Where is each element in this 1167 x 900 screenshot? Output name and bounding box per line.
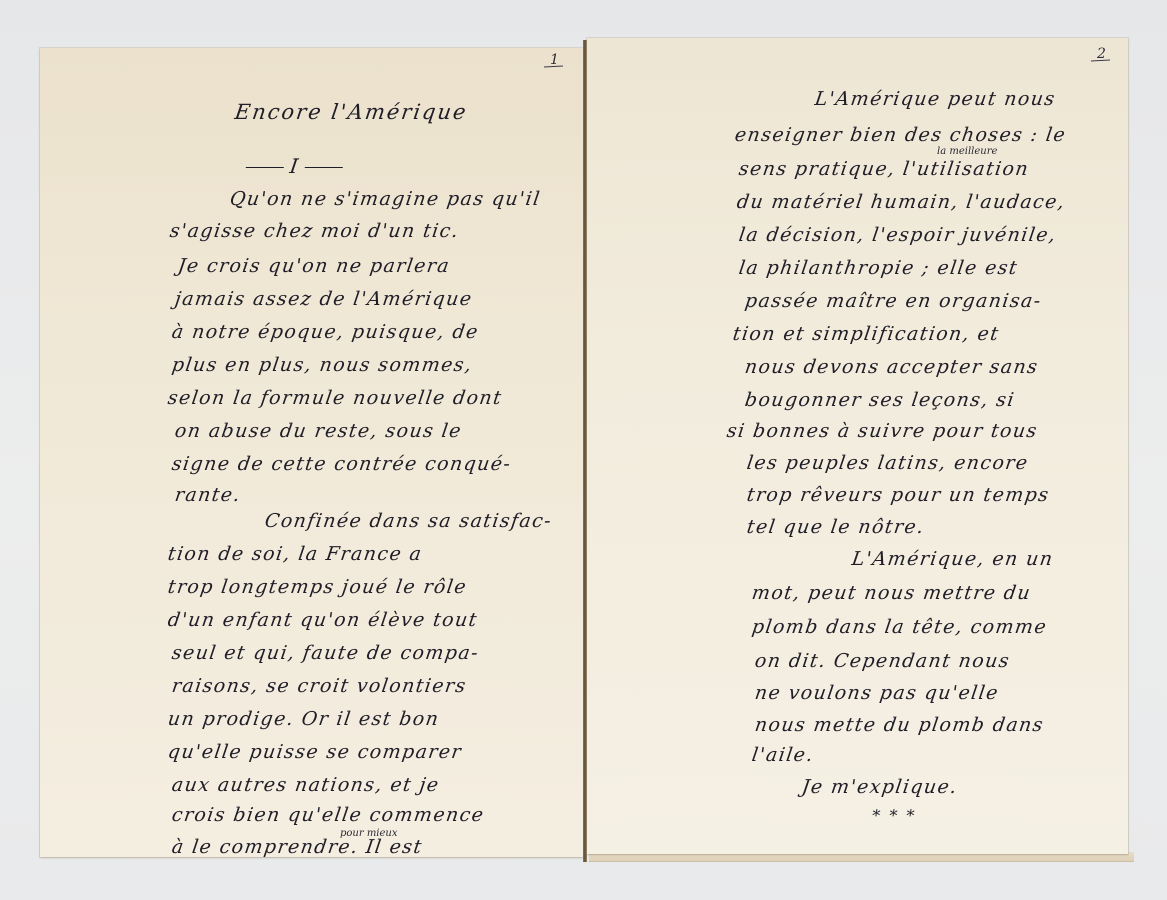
text-line: à notre époque, puisque, de (170, 321, 480, 343)
text-line: rante. (173, 484, 242, 506)
section-break-dinkus: * * * (871, 806, 918, 825)
text-line: bougonner ses leçons, si (743, 389, 1016, 411)
text-line: tel que le nôtre. (745, 516, 926, 538)
text-line: Confinée dans sa satisfac- (263, 510, 553, 532)
text-line: tion de soi, la France a (166, 543, 423, 565)
text-line: L'Amérique, en un (850, 548, 1055, 570)
text-line-underlined: on abuse du reste, sous le (173, 420, 463, 442)
page-number: 2 (1097, 46, 1106, 62)
text-line: tion et simplification, et (731, 323, 1000, 345)
text-line: sens pratique, l'utilisation (737, 158, 1030, 180)
manuscript-title: Encore l'Amérique (233, 100, 469, 124)
text-line: jamais assez de l'Amérique (173, 288, 474, 310)
text-line: signe de cette contrée conqué- (170, 453, 512, 475)
manuscript-page-1: 1 Encore l'Amérique I Qu'on ne s'imagine… (40, 48, 583, 857)
text-line: Je m'explique. (800, 776, 959, 798)
text-line: passée maître en organisa- (743, 290, 1043, 312)
manuscript-page-2: 2 L'Amérique peut nous enseigner bien de… (587, 38, 1128, 854)
text-line: nous mette du plomb dans (753, 714, 1045, 736)
text-line: trop rêveurs pour un temps (745, 484, 1051, 506)
text-line: du matériel humain, l'audace, (735, 191, 1066, 213)
text-line: d'un enfant qu'on élève tout (166, 609, 479, 631)
text-line: on dit. Cependant nous (753, 650, 1011, 672)
text-line: qu'elle puisse se comparer (166, 741, 463, 763)
text-line: trop longtemps joué le rôle (166, 576, 468, 598)
text-line: la décision, l'espoir juvénile, (737, 224, 1058, 246)
text-line: Je crois qu'on ne parlera (176, 255, 451, 277)
text-line: nous devons accepter sans (743, 356, 1039, 378)
text-line: plomb dans la tête, comme (750, 616, 1048, 638)
text-line: un prodige. Or il est bon (166, 708, 440, 730)
text-line: selon la formule nouvelle dont (166, 387, 503, 409)
text-line: la philanthropie ; elle est (737, 257, 1019, 279)
text-line: enseigner bien des choses : le (733, 124, 1067, 146)
text-line: l'aile. (750, 744, 815, 766)
text-line: L'Amérique peut nous (813, 88, 1057, 110)
text-line: Qu'on ne s'imagine pas qu'il (228, 188, 542, 210)
text-line: plus en plus, nous sommes, (170, 354, 474, 376)
text-line: aux autres nations, et je (170, 774, 441, 796)
text-line: seul et qui, faute de compa- (170, 642, 480, 664)
text-line: les peuples latins, encore (745, 452, 1030, 474)
section-numeral: I (238, 154, 351, 178)
text-line: à le comprendre. Il est (170, 836, 424, 858)
text-line: s'agisse chez moi d'un tic. (168, 220, 460, 242)
text-line: si bonnes à suivre pour tous (725, 420, 1039, 442)
interlinear-insertion: la meilleure (937, 146, 997, 157)
page-number: 1 (550, 52, 559, 68)
text-line: on abuse du reste, sous le (173, 420, 463, 442)
text-line: crois bien qu'elle commence (170, 804, 485, 826)
text-line: ne voulons pas qu'elle (753, 682, 1000, 704)
text-line: mot, peut nous mettre du (750, 582, 1032, 604)
text-line: raisons, se croit volontiers (170, 675, 468, 697)
